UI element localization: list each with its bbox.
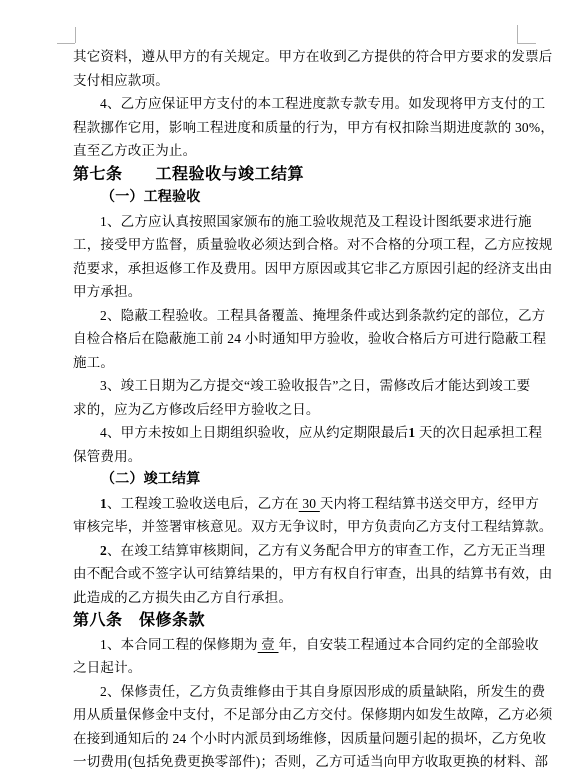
text-segment: 年，自安装工程通过本合同约定的全部验收 xyxy=(279,637,539,652)
contract-text-block: 其它资料，遵从甲方的有关规定。甲方在收到乙方提供的符合甲方要求的发票后支付相应款… xyxy=(73,45,521,774)
text-segment: 1、本合同工程的保修期为 xyxy=(100,637,258,652)
contract-line: 工，接受甲方监督，质量验收必须达到合格。对不合格的分项工程，乙方应按规 xyxy=(73,233,521,257)
contract-line: 用从质量保修金中支付，不足部分由乙方交付。保修期内如发生故障，乙方必须 xyxy=(73,703,521,727)
contract-line: 保管费用。 xyxy=(73,445,521,469)
contract-line: 2、在竣工结算审核期间，乙方有义务配合甲方的审查工作，乙方无正当理 xyxy=(73,539,521,563)
text-segment: 其它资料，遵从甲方的有关规定。甲方在收到乙方提供的符合甲方要求的发票后 xyxy=(73,49,553,64)
contract-line: 审核完毕，并签署审核意见。双方无争议时，甲方负责向乙方支付工程结算款。 xyxy=(73,515,521,539)
text-segment: 程款挪作它用，影响工程进度和质量的行为，甲方有权扣除当期进度款的 30%， xyxy=(73,120,554,135)
contract-line: 之日起计。 xyxy=(73,656,521,680)
contract-line: 3、竣工日期为乙方提交“竣工验收报告”之日，需修改后才能达到竣工要 xyxy=(73,374,521,398)
text-segment: 用从质量保修金中支付，不足部分由乙方交付。保修期内如发生故障，乙方必须 xyxy=(73,707,553,722)
contract-line: 1、工程竣工验收送电后，乙方在 30 天内将工程结算书送交甲方，经甲方 xyxy=(73,492,521,516)
text-segment: 1 xyxy=(100,496,107,511)
text-segment: 第八条 保修条款 xyxy=(73,612,205,629)
text-segment: 在接到通知后的 24 个小时内派员到场维修，因质量问题引起的损坏，乙方免收 xyxy=(73,731,546,746)
contract-line: 4、甲方未按如上日期组织验收，应从约定期限最后1 天的次日起承担工程 xyxy=(73,421,521,445)
text-segment: 第七条 工程验收与竣工结算 xyxy=(73,166,304,183)
contract-line: 2、隐蔽工程验收。工程具备覆盖、掩埋条件或达到条款约定的部位，乙方 xyxy=(73,304,521,328)
contract-line: 求的，应为乙方修改后经甲方验收之日。 xyxy=(73,398,521,422)
text-segment: 保管费用。 xyxy=(73,449,142,464)
contract-line: 第八条 保修条款 xyxy=(73,609,521,633)
text-segment: 施工。 xyxy=(73,355,114,370)
text-segment: 直至乙方改正为止。 xyxy=(73,143,196,158)
text-segment: 2、隐蔽工程验收。工程具备覆盖、掩埋条件或达到条款约定的部位，乙方 xyxy=(100,308,545,323)
contract-line: 支付相应款项。 xyxy=(73,69,521,93)
contract-line: 4、乙方应保证甲方支付的本工程进度款专款专用。如发现将甲方支付的工 xyxy=(73,92,521,116)
contract-line: （二）竣工结算 xyxy=(73,468,521,492)
text-segment: 自检合格后在隐蔽施工前 24 小时通知甲方验收，验收合格后方可进行隐蔽工程 xyxy=(73,331,546,346)
contract-line: 由不配合或不签字认可结算结果的，甲方有权自行审查，出具的结算书有效，由 xyxy=(73,562,521,586)
text-segment: 、工程竣工验收送电后，乙方在 xyxy=(107,496,299,511)
crop-mark-top-left-horizontal xyxy=(57,43,75,44)
crop-mark-top-right-vertical xyxy=(517,25,518,43)
text-segment: 此造成的乙方损失由乙方自行承担。 xyxy=(73,590,292,605)
document-page: 其它资料，遵从甲方的有关规定。甲方在收到乙方提供的符合甲方要求的发票后支付相应款… xyxy=(0,0,571,779)
text-segment: 天内将工程结算书送交甲方，经甲方 xyxy=(320,496,539,511)
text-segment: 2 xyxy=(100,543,107,558)
contract-line: 甲方承担。 xyxy=(73,280,521,304)
contract-line: 1、乙方应认真按照国家颁布的施工验收规范及工程设计图纸要求进行施 xyxy=(73,210,521,234)
text-segment: 支付相应款项。 xyxy=(73,73,169,88)
text-segment: （一）工程验收 xyxy=(101,190,200,205)
text-segment: 工，接受甲方监督，质量验收必须达到合格。对不合格的分项工程，乙方应按规 xyxy=(73,237,553,252)
contract-line: 直至乙方改正为止。 xyxy=(73,139,521,163)
contract-line: 在接到通知后的 24 个小时内派员到场维修，因质量问题引起的损坏，乙方免收 xyxy=(73,727,521,751)
contract-line: 范要求，承担返修工作及费用。因甲方原因或其它非乙方原因引起的经济支出由 xyxy=(73,257,521,281)
contract-line: 一切费用(包括免费更换零部件)；否则，乙方可适当向甲方收取更换的材料、部 xyxy=(73,750,521,774)
text-segment: 3、竣工日期为乙方提交“竣工验收报告”之日，需修改后才能达到竣工要 xyxy=(100,378,530,393)
filled-blank-value: 壹 xyxy=(258,637,279,652)
contract-line: 自检合格后在隐蔽施工前 24 小时通知甲方验收，验收合格后方可进行隐蔽工程 xyxy=(73,327,521,351)
text-segment: 2、保修责任，乙方负责维修由于其自身原因形成的质量缺陷，所发生的费 xyxy=(100,684,545,699)
contract-line: （一）工程验收 xyxy=(73,186,521,210)
text-segment: 1、乙方应认真按照国家颁布的施工验收规范及工程设计图纸要求进行施 xyxy=(100,214,532,229)
text-segment: 一切费用(包括免费更换零部件)；否则，乙方可适当向甲方收取更换的材料、部 xyxy=(73,754,548,769)
text-segment: 天的次日起承担工程 xyxy=(415,425,542,440)
contract-line: 施工。 xyxy=(73,351,521,375)
text-segment: 之日起计。 xyxy=(73,660,142,675)
text-segment: 甲方承担。 xyxy=(73,284,142,299)
crop-mark-top-right-horizontal xyxy=(517,43,536,44)
text-segment: 审核完毕，并签署审核意见。双方无争议时，甲方负责向乙方支付工程结算款。 xyxy=(73,519,553,534)
text-segment: 、在竣工结算审核期间，乙方有义务配合甲方的审查工作，乙方无正当理 xyxy=(107,543,545,558)
text-segment: （二）竣工结算 xyxy=(101,472,200,487)
filled-blank-value: 30 xyxy=(299,496,320,511)
contract-line: 此造成的乙方损失由乙方自行承担。 xyxy=(73,586,521,610)
text-segment: 4、甲方未按如上日期组织验收，应从约定期限最后 xyxy=(100,425,408,440)
contract-line: 2、保修责任，乙方负责维修由于其自身原因形成的质量缺陷，所发生的费 xyxy=(73,680,521,704)
text-segment: 范要求，承担返修工作及费用。因甲方原因或其它非乙方原因引起的经济支出由 xyxy=(73,261,553,276)
contract-line: 其它资料，遵从甲方的有关规定。甲方在收到乙方提供的符合甲方要求的发票后 xyxy=(73,45,521,69)
contract-line: 1、本合同工程的保修期为 壹 年，自安装工程通过本合同约定的全部验收 xyxy=(73,633,521,657)
crop-mark-top-left-vertical xyxy=(75,27,76,43)
contract-line: 第七条 工程验收与竣工结算 xyxy=(73,163,521,187)
text-segment: 4、乙方应保证甲方支付的本工程进度款专款专用。如发现将甲方支付的工 xyxy=(100,96,545,111)
text-segment: 由不配合或不签字认可结算结果的，甲方有权自行审查，出具的结算书有效，由 xyxy=(73,566,553,581)
contract-line: 程款挪作它用，影响工程进度和质量的行为，甲方有权扣除当期进度款的 30%， xyxy=(73,116,521,140)
text-segment: 求的，应为乙方修改后经甲方验收之日。 xyxy=(73,402,320,417)
